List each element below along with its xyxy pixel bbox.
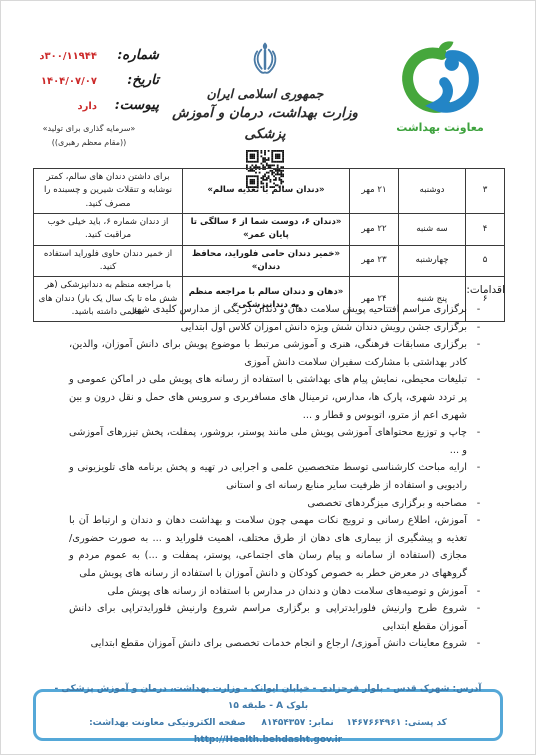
action-text: ارایه مباحث کارشناسی توسط متخصصین علمی و… bbox=[69, 459, 467, 494]
advice-cell: از خمیر دندان حاوی فلوراید استفاده کنید. bbox=[34, 245, 183, 277]
weekday-cell: سه شنبه bbox=[399, 213, 466, 245]
footer-address-line: آدرس: شهرک قدس - بلوار فرحزادی - خیابان … bbox=[46, 681, 490, 715]
letter-page: معاونت بهداشت جمهوری اسلامی ایران وزارت bbox=[0, 0, 536, 755]
actions-list: - برگزاری مراسم افتتاحیه پویش سلامت دهان… bbox=[69, 301, 483, 653]
website-label: صفحه الکترونیکی معاونت بهداشت: bbox=[89, 718, 246, 728]
slogan-cell: «خمیر دندان حامی فلوراید، محافظ دندان» bbox=[183, 245, 350, 277]
country-title: جمهوری اسلامی ایران bbox=[159, 84, 371, 103]
iran-national-emblem-icon bbox=[251, 62, 279, 81]
table-row: ۳ دوشنبه ۲۱ مهر «دندان سالم با تغذیه سال… bbox=[34, 169, 505, 214]
dash-bullet-icon: - bbox=[474, 301, 483, 319]
advice-cell: از دندان شماره ۶، باید خیلی خوب مراقبت ک… bbox=[34, 213, 183, 245]
year-slogan-text: «سرمایه گذاری برای تولید» bbox=[29, 122, 149, 136]
action-text: مصاحبه و برگزاری میزگردهای تخصصی bbox=[307, 495, 467, 513]
list-item: - مصاحبه و برگزاری میزگردهای تخصصی bbox=[69, 495, 483, 513]
list-item: - شروع معاینات دانش آموزی/ ارجاع و انجام… bbox=[69, 635, 483, 653]
letter-date-row: تاریخ: ۱۴۰۴/۰۷/۰۷ bbox=[9, 72, 159, 88]
row-number-cell: ۵ bbox=[466, 245, 505, 277]
year-slogan: «سرمایه گذاری برای تولید» ((مقام معظم ره… bbox=[29, 122, 149, 151]
attachment-value: دارد bbox=[78, 101, 97, 112]
number-value: ۳۰۰/۱۱۹۴۴د bbox=[39, 51, 97, 62]
action-text: شروع طرح وارنیش فلورایدتراپی و برگزاری م… bbox=[69, 600, 467, 635]
dash-bullet-icon: - bbox=[474, 319, 483, 337]
letter-number-row: شماره: ۳۰۰/۱۱۹۴۴د bbox=[9, 47, 159, 63]
row-number-cell: ۴ bbox=[466, 213, 505, 245]
advice-cell: برای داشتن دندان های سالم، کمتر نوشابه و… bbox=[34, 169, 183, 214]
list-item: - ارایه مباحث کارشناسی توسط متخصصین علمی… bbox=[69, 459, 483, 494]
action-text: برگزاری مسابقات فرهنگی، هنری و آموزشی مر… bbox=[69, 336, 467, 371]
action-text: شروع معاینات دانش آموزی/ ارجاع و انجام خ… bbox=[91, 635, 467, 653]
date-cell: ۲۱ مهر bbox=[350, 169, 399, 214]
number-label: شماره: bbox=[97, 47, 159, 63]
action-text: برگزاری مراسم افتتاحیه پویش سلامت دهان و… bbox=[132, 301, 467, 319]
slogan-cell: «دندان سالم با تغذیه سالم» bbox=[183, 169, 350, 214]
list-item: - چاپ و توزیع محتواهای آموزشی پویش ملی م… bbox=[69, 424, 483, 459]
action-text: تبلیغات محیطی، نمایش پیام های بهداشتی با… bbox=[69, 371, 467, 424]
table-row: ۵ چهارشنبه ۲۳ مهر «خمیر دندان حامی فلورا… bbox=[34, 245, 505, 277]
attachment-row: پیوست: دارد bbox=[9, 97, 159, 113]
dash-bullet-icon: - bbox=[474, 495, 483, 513]
dash-bullet-icon: - bbox=[474, 635, 483, 653]
dash-bullet-icon: - bbox=[474, 459, 483, 494]
date-value: ۱۴۰۴/۰۷/۰۷ bbox=[41, 76, 97, 87]
list-item: - آموزش و توصیه‌های سلامت دهان و دندان د… bbox=[69, 583, 483, 601]
year-slogan-attribution: ((مقام معظم رهبری)) bbox=[29, 136, 149, 150]
dash-bullet-icon: - bbox=[474, 336, 483, 371]
weekday-cell: چهارشنبه bbox=[399, 245, 466, 277]
date-label: تاریخ: bbox=[97, 72, 159, 88]
list-item: - تبلیغات محیطی، نمایش پیام های بهداشتی … bbox=[69, 371, 483, 424]
weekday-cell: دوشنبه bbox=[399, 169, 466, 214]
oral-health-week-schedule-table: ۳ دوشنبه ۲۱ مهر «دندان سالم با تغذیه سال… bbox=[33, 168, 505, 322]
table-row: ۴ سه شنبه ۲۲ مهر «دندان ۶، دوست شما از ۶… bbox=[34, 213, 505, 245]
action-text: چاپ و توزیع محتواهای آموزشی پویش ملی مان… bbox=[69, 424, 467, 459]
list-item: - برگزاری مسابقات فرهنگی، هنری و آموزشی … bbox=[69, 336, 483, 371]
fax-value: ۸۱۴۵۴۳۵۷ bbox=[261, 718, 305, 728]
footer-contact-box: آدرس: شهرک قدس - بلوار فرحزادی - خیابان … bbox=[33, 689, 503, 741]
dash-bullet-icon: - bbox=[474, 583, 483, 601]
action-text: آموزش، اطلاع رسانی و ترویج نکات مهمی چون… bbox=[69, 512, 467, 582]
list-item: - آموزش، اطلاع رسانی و ترویج نکات مهمی چ… bbox=[69, 512, 483, 582]
attachment-label: پیوست: bbox=[97, 97, 159, 113]
dash-bullet-icon: - bbox=[474, 424, 483, 459]
slogan-cell: «دندان ۶، دوست شما از ۶ سالگی تا پایان ع… bbox=[183, 213, 350, 245]
action-text: آموزش و توصیه‌های سلامت دهان و دندان در … bbox=[107, 583, 467, 601]
footer-contact-line: کد پستی: ۱۴۶۷۶۶۴۹۶۱ نمابر: ۸۱۴۵۴۳۵۷ صفحه… bbox=[46, 715, 490, 749]
dash-bullet-icon: - bbox=[474, 371, 483, 424]
ministry-title: وزارت بهداشت، درمان و آموزش پزشکی bbox=[159, 103, 371, 145]
postal-code-label: کد پستی: bbox=[404, 718, 446, 728]
health-deputy-apple-logo-icon bbox=[396, 100, 484, 119]
actions-heading: اقدامات: bbox=[466, 284, 505, 296]
postal-code-value: ۱۴۶۷۶۶۴۹۶۱ bbox=[346, 718, 401, 728]
date-cell: ۲۲ مهر bbox=[350, 213, 399, 245]
action-text: برگزاری جشن رویش دندان شش ویژه دانش آموز… bbox=[181, 319, 467, 337]
dash-bullet-icon: - bbox=[474, 512, 483, 582]
fax-label: نمابر: bbox=[308, 718, 333, 728]
logo-caption: معاونت بهداشت bbox=[371, 121, 509, 134]
list-item: - برگزاری جشن رویش دندان شش ویژه دانش آم… bbox=[69, 319, 483, 337]
row-number-cell: ۳ bbox=[466, 169, 505, 214]
dash-bullet-icon: - bbox=[474, 600, 483, 635]
date-cell: ۲۳ مهر bbox=[350, 245, 399, 277]
website-url[interactable]: http://Health.behdasht.gov.ir bbox=[194, 735, 342, 745]
list-item: - برگزاری مراسم افتتاحیه پویش سلامت دهان… bbox=[69, 301, 483, 319]
list-item: - شروع طرح وارنیش فلورایدتراپی و برگزاری… bbox=[69, 600, 483, 635]
